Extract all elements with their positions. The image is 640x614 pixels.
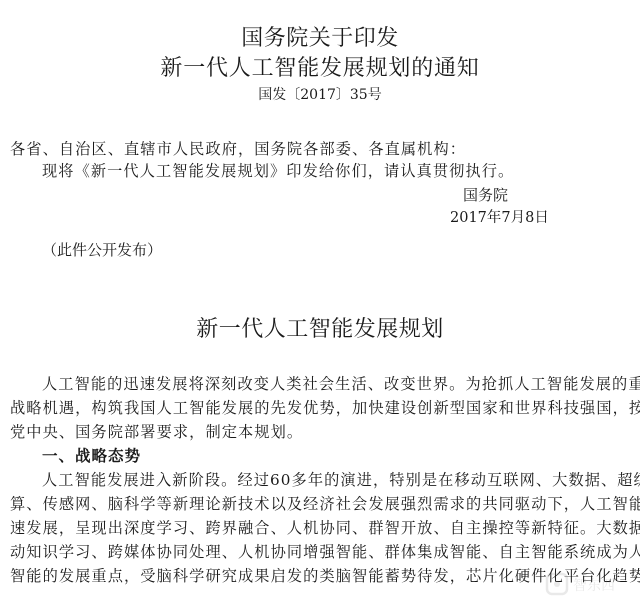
notice-title-line2: 新一代人工智能发展规划的通知 <box>0 54 640 84</box>
section-line: 智能的发展重点，受脑科学研究成果启发的类脑智能蓄势待发，芯片化硬件化平台化趋势更 <box>10 565 635 587</box>
public-release-note: （此件公开发布） <box>42 239 162 261</box>
intro-line: 战略机遇，构筑我国人工智能发展的先发优势，加快建设创新型国家和世界科技强国，按照 <box>10 397 635 419</box>
intro-line: 党中央、国务院部署要求，制定本规划。 <box>10 421 635 443</box>
signer: 国务院 <box>463 184 508 206</box>
document-number: 国发〔2017〕35号 <box>0 85 640 105</box>
notice-body: 现将《新一代人工智能发展规划》印发给你们，请认真贯彻执行。 <box>42 160 635 182</box>
document-page: 国务院关于印发 新一代人工智能发展规划的通知 国发〔2017〕35号 各省、自治… <box>0 0 640 614</box>
section-heading: 一、战略态势 <box>42 445 141 467</box>
notice-title-line1: 国务院关于印发 <box>0 24 640 54</box>
addressees: 各省、自治区、直辖市人民政府，国务院各部委、各直属机构： <box>10 138 635 160</box>
intro-line: 人工智能的迅速发展将深刻改变人类社会生活、改变世界。为抢抓人工智能发展的重大 <box>42 373 635 395</box>
section-line: 动知识学习、跨媒体协同处理、人机协同增强智能、群体集成智能、自主智能系统成为人工 <box>10 541 635 563</box>
plan-title: 新一代人工智能发展规划 <box>0 315 640 345</box>
section-line: 人工智能发展进入新阶段。经过60多年的演进，特别是在移动互联网、大数据、超级计 <box>42 469 635 491</box>
section-line: 算、传感网、脑科学等新理论新技术以及经济社会发展强烈需求的共同驱动下，人工智能加 <box>10 493 635 515</box>
issue-date: 2017年7月8日 <box>450 207 549 229</box>
section-line: 速发展，呈现出深度学习、跨界融合、人机协同、群智开放、自主操控等新特征。大数据驱 <box>10 517 635 539</box>
